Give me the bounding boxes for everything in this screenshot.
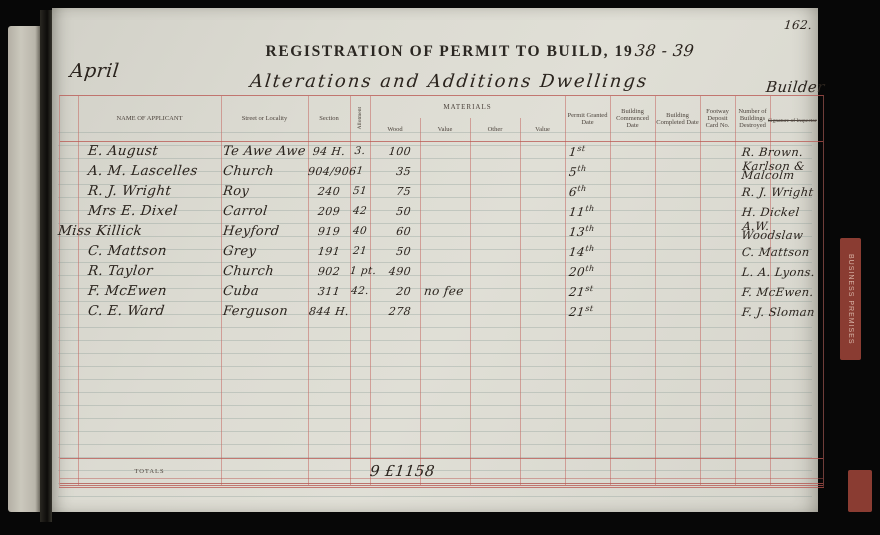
table-body: E. August Te Awe Awe 94 H. 3. 100 1st R.… xyxy=(60,141,823,321)
permit-granted-date: 13th xyxy=(564,224,611,239)
permit-granted-date: 11th xyxy=(564,204,611,219)
table-row: R. J. Wright Roy 240 51 75 6th R. J. Wri… xyxy=(60,181,823,201)
page-title: REGISTRATION OF PERMIT TO BUILD, 1938 - … xyxy=(52,41,818,61)
table-row: C. Mattson Grey 191 21 50 14th C. Mattso… xyxy=(60,241,823,261)
builder-annotation: Builder xyxy=(766,84,825,91)
allotment-number: 21 xyxy=(349,245,370,257)
permit-granted-date: 20th xyxy=(564,264,611,279)
header-commenced-date: Building Commenced Date xyxy=(610,96,655,141)
header-permit-date: Permit Granted Date xyxy=(565,96,610,141)
page-number: 162. xyxy=(783,18,813,32)
book-gutter xyxy=(40,10,52,522)
allotment-number: 51 xyxy=(349,185,370,197)
section-number: 904/906 xyxy=(307,165,350,178)
table-row: A. M. Lascelles Church 904/906 1 35 5th … xyxy=(60,161,823,181)
wood-value: 60 xyxy=(369,225,420,238)
handwritten-year: 38 - 39 xyxy=(634,41,695,60)
header-street: Street or Locality xyxy=(221,96,308,141)
applicant-name: Mrs E. Dixel xyxy=(77,203,222,219)
builder-signature: L. A. Lyons. xyxy=(769,264,823,278)
permit-granted-date: 1st xyxy=(564,144,611,159)
street-locality: Carrol xyxy=(220,204,309,219)
street-locality: Te Awe Awe xyxy=(220,144,309,159)
street-locality: Heyford xyxy=(220,224,309,239)
builder-signature: R. J. Wright xyxy=(769,184,823,198)
permit-granted-date: 6th xyxy=(564,184,611,199)
header-other: Other xyxy=(470,118,520,141)
header-builder: Builder Signature of Inspector xyxy=(770,96,823,141)
applicant-name: C. Mattson xyxy=(77,243,222,259)
permit-granted-date: 5th xyxy=(564,164,611,179)
totals-amount: 9 £1158 xyxy=(369,462,421,480)
street-locality: Roy xyxy=(220,184,309,199)
street-locality: Ferguson xyxy=(220,304,309,319)
section-number: 191 xyxy=(307,245,350,258)
applicant-name: C. E. Ward xyxy=(77,303,222,319)
street-locality: Church xyxy=(220,264,309,279)
street-locality: Cuba xyxy=(220,284,309,299)
previous-page-edge xyxy=(8,26,40,512)
table-row: Miss Killick Heyford 919 40 60 13th A.W.… xyxy=(60,221,823,241)
permit-table: NAME OF APPLICANT Street or Locality Sec… xyxy=(59,95,824,488)
table-row: R. Taylor Church 902 1 pt. 490 20th L. A… xyxy=(60,261,823,281)
section-number: 844 H. xyxy=(307,305,350,318)
street-locality: Church xyxy=(220,164,309,179)
builder-signature: Karlson & Malcolm xyxy=(769,162,824,180)
wood-value: 278 xyxy=(369,305,420,318)
margin-column xyxy=(60,96,78,141)
table-row: E. August Te Awe Awe 94 H. 3. 100 1st R.… xyxy=(60,141,823,161)
section-number: 209 xyxy=(307,205,350,218)
applicant-name: A. M. Lascelles xyxy=(77,163,222,179)
permit-granted-date: 21st xyxy=(564,284,611,299)
totals-label: TOTALS xyxy=(78,468,221,475)
category-annotation: Alterations and Additions Dwellings xyxy=(249,71,649,92)
lower-red-tab xyxy=(848,470,872,512)
builder-signature: R. Brown. xyxy=(769,144,823,158)
header-footway: Footway Deposit Card No. xyxy=(700,96,735,141)
allotment-number: 40 xyxy=(349,225,370,237)
allotment-number: 1 xyxy=(349,165,370,177)
applicant-name: Miss Killick xyxy=(77,223,222,239)
allotment-number: 42 xyxy=(349,205,370,217)
allotment-number: 3. xyxy=(349,145,370,157)
applicant-name: F. McEwen xyxy=(77,283,222,299)
builder-signature: F. J. Sloman xyxy=(769,304,823,318)
header-materials: MATERIALS xyxy=(370,96,565,118)
header-wood: Wood xyxy=(370,118,420,141)
wood-value: 50 xyxy=(369,205,420,218)
applicant-name: R. J. Wright xyxy=(77,183,222,199)
wood-value: 490 xyxy=(369,265,420,278)
month-annotation: April xyxy=(69,60,120,82)
header-allotment: Allotment xyxy=(357,107,363,129)
builder-signature: C. Mattson xyxy=(769,244,823,258)
header-value: Value xyxy=(420,118,470,141)
wood-value: 75 xyxy=(369,185,420,198)
table-row: F. McEwen Cuba 311 42. 20 no fee 21st F.… xyxy=(60,281,823,301)
inspector-label-struck: Signature of Inspector xyxy=(768,118,817,125)
header-value2: Value xyxy=(520,118,565,141)
allotment-number: 42. xyxy=(349,285,370,297)
table-row: C. E. Ward Ferguson 844 H. 278 21st F. J… xyxy=(60,301,823,321)
wood-value: 100 xyxy=(369,145,420,158)
business-premises-tab: BUSINESS PREMISES xyxy=(840,238,861,360)
totals-row: TOTALS 9 £1158 xyxy=(60,458,823,484)
header-name: NAME OF APPLICANT xyxy=(78,96,221,141)
section-number: 902 xyxy=(307,265,350,278)
allotment-number: 1 pt. xyxy=(349,265,370,277)
header-destroyed: Number of Buildings Destroyed xyxy=(735,96,770,141)
section-number: 240 xyxy=(307,185,350,198)
applicant-name: R. Taylor xyxy=(77,263,222,279)
section-number: 919 xyxy=(307,225,350,238)
permit-granted-date: 21st xyxy=(564,304,611,319)
wood-value: 20 xyxy=(369,285,420,298)
ledger-page: 162. REGISTRATION OF PERMIT TO BUILD, 19… xyxy=(52,8,818,512)
section-number: 311 xyxy=(307,285,350,298)
builder-signature: H. Dickel xyxy=(769,204,823,218)
wood-value: 35 xyxy=(369,165,420,178)
applicant-name: E. August xyxy=(77,143,222,159)
permit-granted-date: 14th xyxy=(564,244,611,259)
section-number: 94 H. xyxy=(307,145,350,158)
book-photo: 162. REGISTRATION OF PERMIT TO BUILD, 19… xyxy=(0,0,880,535)
header-completed-date: Building Completed Date xyxy=(655,96,700,141)
printed-title: REGISTRATION OF PERMIT TO BUILD, 19 xyxy=(266,43,634,60)
header-section: Section xyxy=(308,96,350,141)
table-header: NAME OF APPLICANT Street or Locality Sec… xyxy=(60,96,823,141)
business-premises-tab-label: BUSINESS PREMISES xyxy=(847,254,854,345)
fee-note: no fee xyxy=(419,284,470,298)
street-locality: Grey xyxy=(220,244,309,259)
wood-value: 50 xyxy=(369,245,420,258)
header-materials-group: MATERIALS Wood Value Other Value xyxy=(370,96,565,141)
builder-signature: A.W. Woodslaw xyxy=(769,222,824,240)
builder-signature: F. McEwen. xyxy=(769,284,823,298)
table-row: Mrs E. Dixel Carrol 209 42 50 11th H. Di… xyxy=(60,201,823,221)
